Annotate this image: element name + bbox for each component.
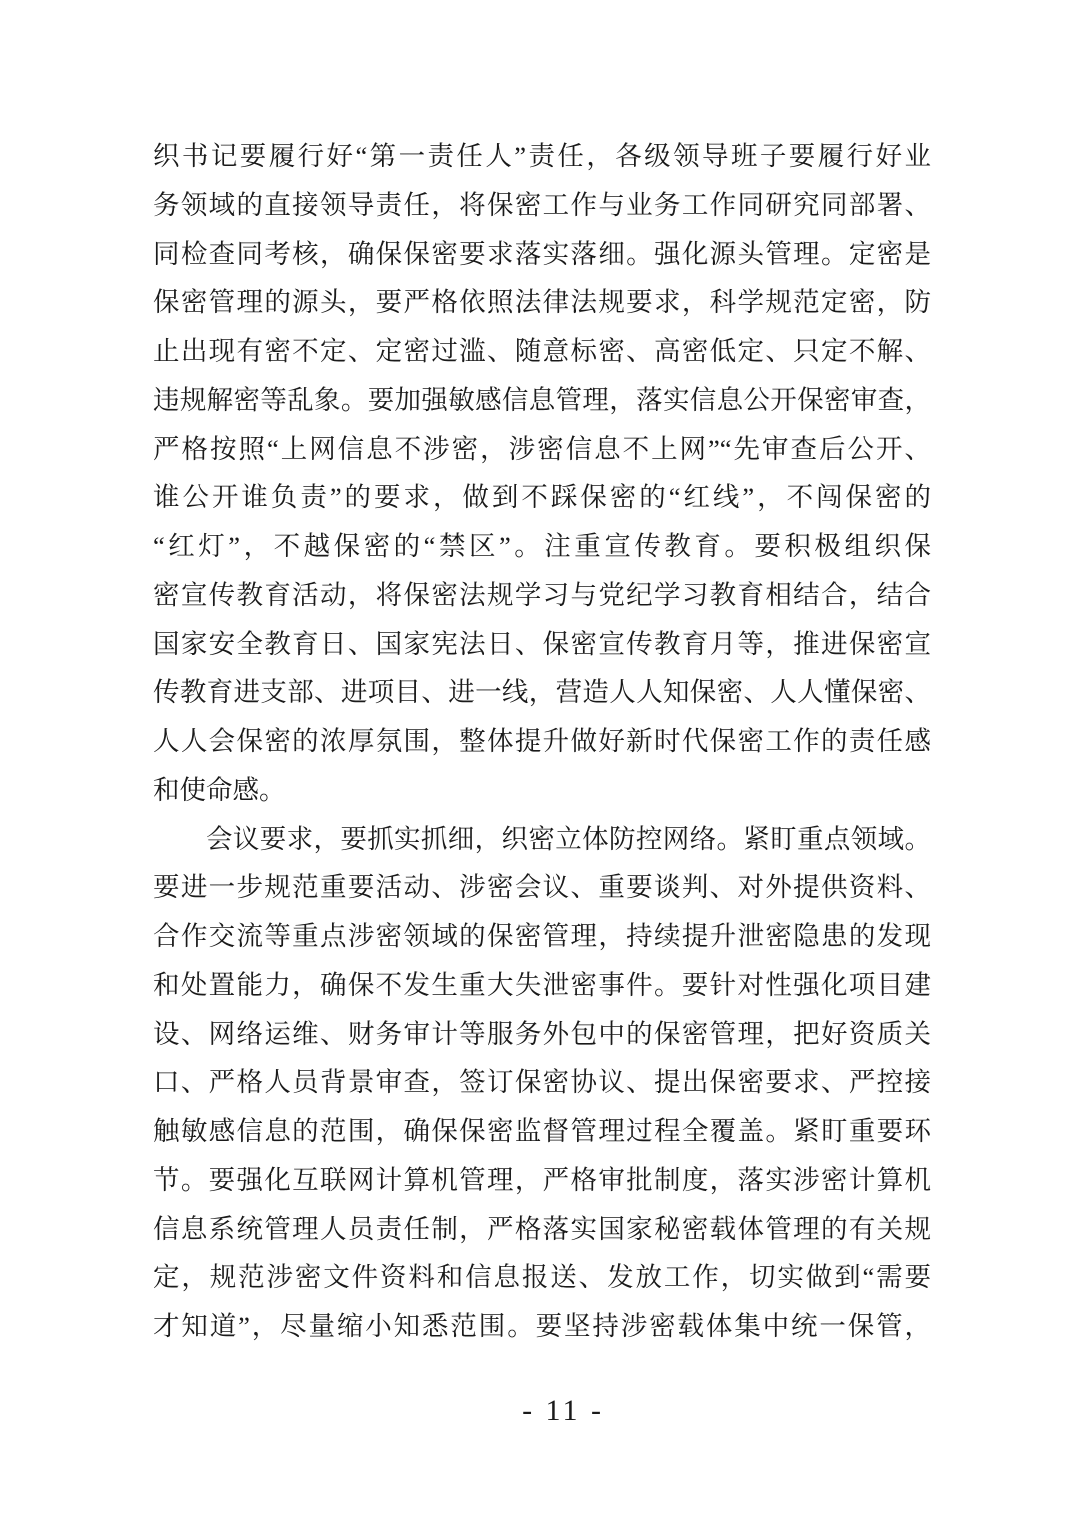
document-body-text: 织书记要履行好“第一责任人”责任，各级领导班子要履行好业 务领域的直接领导责任，… [153, 132, 931, 1351]
page-number: - 11 - [522, 1394, 604, 1428]
document-page: 织书记要履行好“第一责任人”责任，各级领导班子要履行好业 务领域的直接领导责任，… [0, 0, 1074, 1520]
text-line: 密宣传教育活动，将保密法规学习与党纪学习教育相结合，结合 [153, 571, 931, 620]
text-line: “红灯”，不越保密的“禁区”。注重宣传教育。要积极组织保 [153, 522, 931, 571]
text-line-paragraph-start: 会议要求，要抓实抓细，织密立体防控网络。紧盯重点领域。 [153, 815, 931, 864]
text-line: 织书记要履行好“第一责任人”责任，各级领导班子要履行好业 [153, 132, 931, 181]
text-line: 传教育进支部、进项目、进一线，营造人人知保密、人人懂保密、 [153, 668, 931, 717]
text-line: 触敏感信息的范围，确保保密监督管理过程全覆盖。紧盯重要环 [153, 1107, 931, 1156]
text-line: 违规解密等乱象。要加强敏感信息管理，落实信息公开保密审查， [153, 376, 931, 425]
text-line: 才知道”，尽量缩小知悉范围。要坚持涉密载体集中统一保管， [153, 1302, 931, 1351]
text-line: 严格按照“上网信息不涉密，涉密信息不上网”“先审查后公开、 [153, 425, 931, 474]
text-line: 保密管理的源头，要严格依照法律法规要求，科学规范定密，防 [153, 278, 931, 327]
text-line: 节。要强化互联网计算机管理，严格审批制度，落实涉密计算机 [153, 1156, 931, 1205]
text-line: 止出现有密不定、定密过滥、随意标密、高密低定、只定不解、 [153, 327, 931, 376]
text-line: 合作交流等重点涉密领域的保密管理，持续提升泄密隐患的发现 [153, 912, 931, 961]
text-line: 定，规范涉密文件资料和信息报送、发放工作，切实做到“需要 [153, 1253, 931, 1302]
text-line: 谁公开谁负责”的要求，做到不踩保密的“红线”，不闯保密的 [153, 473, 931, 522]
text-line: 国家安全教育日、国家宪法日、保密宣传教育月等，推进保密宣 [153, 620, 931, 669]
text-line: 和处置能力，确保不发生重大失泄密事件。要针对性强化项目建 [153, 961, 931, 1010]
text-line-paragraph-end: 和使命感。 [153, 766, 931, 815]
text-line: 信息系统管理人员责任制，严格落实国家秘密载体管理的有关规 [153, 1205, 931, 1254]
text-line: 口、严格人员背景审查，签订保密协议、提出保密要求、严控接 [153, 1058, 931, 1107]
page-footer: - 11 - [0, 1394, 1074, 1428]
text-line: 要进一步规范重要活动、涉密会议、重要谈判、对外提供资料、 [153, 863, 931, 912]
text-line: 务领域的直接领导责任，将保密工作与业务工作同研究同部署、 [153, 181, 931, 230]
text-line: 同检查同考核，确保保密要求落实落细。强化源头管理。定密是 [153, 230, 931, 279]
text-line: 设、网络运维、财务审计等服务外包中的保密管理，把好资质关 [153, 1010, 931, 1059]
text-line: 人人会保密的浓厚氛围，整体提升做好新时代保密工作的责任感 [153, 717, 931, 766]
